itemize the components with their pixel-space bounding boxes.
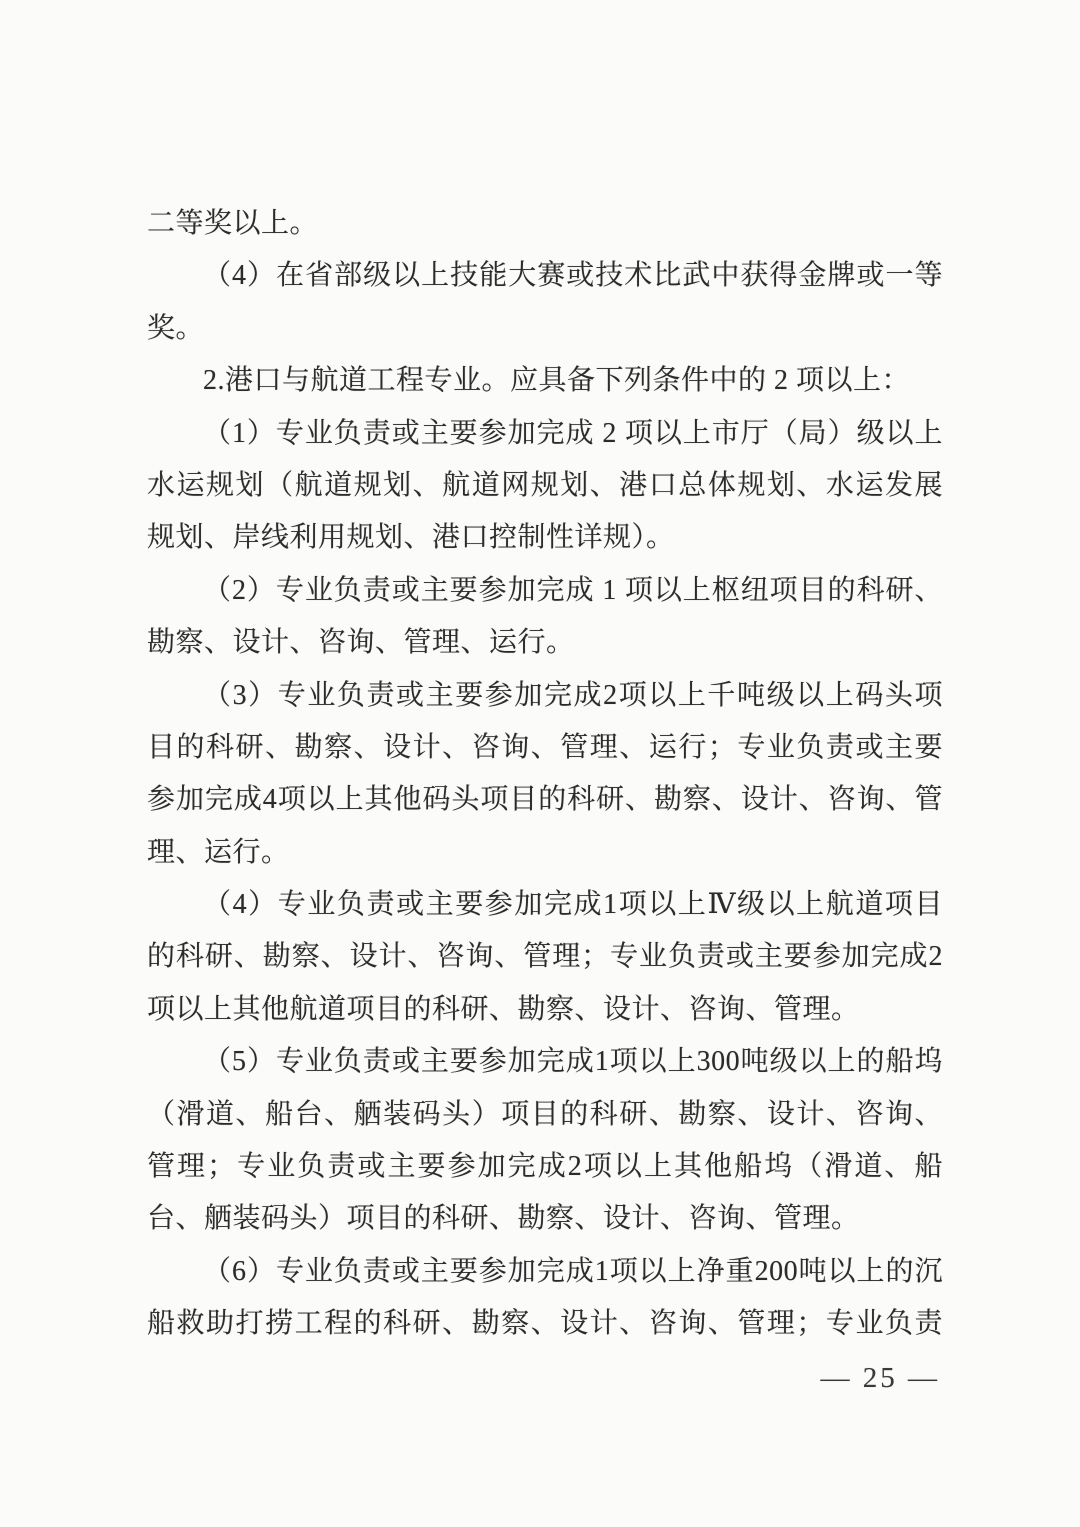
text-line: （1）专业负责或主要参加完成 2 项以上市厅（局）级以上	[147, 408, 943, 460]
text-line: （3）专业负责或主要参加完成2项以上千吨级以上码头项	[147, 670, 943, 722]
text-line: （4）在省部级以上技能大赛或技术比武中获得金牌或一等	[147, 250, 943, 302]
text-line: 参加完成4项以上其他码头项目的科研、勘察、设计、咨询、管	[147, 774, 943, 826]
text-line: 二等奖以上。	[147, 198, 943, 250]
text-line: 勘察、设计、咨询、管理、运行。	[147, 617, 943, 669]
text-line: 项以上其他航道项目的科研、勘察、设计、咨询、管理。	[147, 984, 943, 1036]
text-line: 台、舾装码头）项目的科研、勘察、设计、咨询、管理。	[147, 1193, 943, 1245]
text-line: （滑道、船台、舾装码头）项目的科研、勘察、设计、咨询、	[147, 1089, 943, 1141]
text-line: 理、运行。	[147, 827, 943, 879]
text-line: 的科研、勘察、设计、咨询、管理；专业负责或主要参加完成2	[147, 931, 943, 983]
text-line: 规划、岸线利用规划、港口控制性详规）。	[147, 512, 943, 564]
text-line: （4）专业负责或主要参加完成1项以上Ⅳ级以上航道项目	[147, 879, 943, 931]
text-line: （6）专业负责或主要参加完成1项以上净重200吨以上的沉	[147, 1246, 943, 1298]
text-line: 船救助打捞工程的科研、勘察、设计、咨询、管理；专业负责	[147, 1298, 943, 1350]
text-line: （2）专业负责或主要参加完成 1 项以上枢纽项目的科研、	[147, 565, 943, 617]
text-line: 水运规划（航道规划、航道网规划、港口总体规划、水运发展	[147, 460, 943, 512]
text-line: 2.港口与航道工程专业。应具备下列条件中的 2 项以上：	[147, 355, 943, 407]
text-line: 目的科研、勘察、设计、咨询、管理、运行；专业负责或主要	[147, 722, 943, 774]
text-line: 管理；专业负责或主要参加完成2项以上其他船坞（滑道、船	[147, 1141, 943, 1193]
text-line: （5）专业负责或主要参加完成1项以上300吨级以上的船坞	[147, 1036, 943, 1088]
text-line: 奖。	[147, 303, 943, 355]
body-text: 二等奖以上。（4）在省部级以上技能大赛或技术比武中获得金牌或一等奖。2.港口与航…	[147, 198, 943, 1351]
document-page: 二等奖以上。（4）在省部级以上技能大赛或技术比武中获得金牌或一等奖。2.港口与航…	[0, 0, 1080, 1527]
page-number: — 25 —	[821, 1362, 941, 1395]
